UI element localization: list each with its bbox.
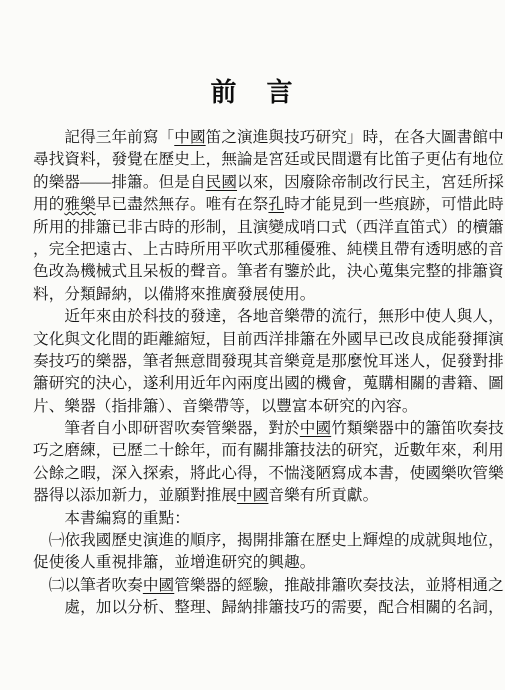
text-line: 巧之磨練，已歷二十餘年，而有關排簫技法的研究，近數年來，利用 (33, 440, 479, 462)
text-segment: 奏技巧的樂器，筆者無意間發現其音樂竟是那麼悅耳迷人，促發對排 (33, 353, 504, 370)
text-segment: 時才能見到一些痕跡，可惜此時 (284, 196, 504, 213)
proper-noun-underline: 中國 (174, 129, 205, 146)
text-segment: 音樂有所貢獻。 (268, 487, 378, 504)
text-segment: ，完全把遠古、上古時所用平吹式那種優雅、純樸且帶有透明感的音 (33, 241, 504, 258)
text-line: 色改為機械式且呆板的聲音。筆者有鑒於此，決心蒐集完整的排簫資 (33, 261, 479, 283)
text-line: ，完全把遠古、上古時所用平吹式那種優雅、純樸且帶有透明感的音 (33, 239, 479, 261)
proper-noun-underline: 中國 (300, 420, 331, 437)
text-segment: 的樂器——排簫。但是自 (33, 174, 206, 191)
text-line: 筆者自小即研習吹奏管樂器，對於中國竹類樂器中的簫笛吹奏技 (33, 418, 479, 440)
text-segment: 料，分類歸納，以備將來推廣發展使用。 (33, 286, 316, 303)
text-line: 片、樂器（指排簫）、音樂帶等，以豐富本研究的內容。 (33, 396, 479, 418)
text-segment: 巧之磨練，已歷二十餘年，而有關排簫技法的研究，近數年來，利用 (33, 442, 504, 459)
text-line: ㈠依我國歷史演進的順序，揭開排簫在歷史上輝煌的成就與地位， (33, 530, 479, 552)
text-segment: 以來，因廢除帝制改行民主，宮廷所採 (237, 174, 504, 191)
text-line: 本書編寫的重點： (33, 508, 479, 530)
text-line: 簫研究的決心，遂利用近年內兩度出國的機會，蒐購相關的書籍、圖 (33, 373, 479, 395)
text-segment: ㈡以筆者吹奏 (33, 577, 143, 594)
text-segment: 近年來由於科技的發達，各地音樂帶的流行，無形中使人與人， (33, 308, 504, 325)
text-line: 記得三年前寫「中國笛之演進與技巧研究」時，在各大圖書館中 (33, 127, 479, 149)
text-line: 用的雅樂早已盡然無存。唯有在祭孔時才能見到一些痕跡，可惜此時 (33, 194, 479, 216)
text-segment: 處，加以分析、整理、歸納排簫技巧的需要，配合相關的名詞， (33, 599, 504, 616)
text-line: 奏技巧的樂器，筆者無意間發現其音樂竟是那麼悅耳迷人，促發對排 (33, 351, 479, 373)
text-line: 器得以添加新力，並願對推展中國音樂有所貢獻。 (33, 485, 479, 507)
proper-noun-underline: 中國 (143, 577, 174, 594)
proper-noun-underline: 中國 (237, 487, 268, 504)
text-line: 促使後人重視排簫，並增進研究的興趣。 (33, 552, 479, 574)
text-line: 近年來由於科技的發達，各地音樂帶的流行，無形中使人與人， (33, 306, 479, 328)
text-segment: 促使後人重視排簫，並增進研究的興趣。 (33, 554, 316, 571)
text-segment: 用的 (33, 196, 64, 213)
page-title: 前 言 (0, 72, 505, 109)
text-segment: 器得以添加新力，並願對推展 (33, 487, 237, 504)
text-segment: 笛之演進與技巧研究」時，在各大圖書館中 (206, 129, 504, 146)
text-segment: 所用的排簫已非古時的形制，且演變成哨口式（西洋直笛式）的櫝簫 (33, 219, 504, 236)
text-line: 處，加以分析、整理、歸納排簫技巧的需要，配合相關的名詞， (33, 597, 479, 619)
text-line: 料，分類歸納，以備將來推廣發展使用。 (33, 284, 479, 306)
text-line: ㈡以筆者吹奏中國管樂器的經驗，推敲排簫吹奏技法，並將相通之 (33, 575, 479, 597)
text-line: 公餘之暇，深入探索，將此心得，不惴淺陋寫成本書，使國樂吹管樂 (33, 463, 479, 485)
text-segment: 管樂器的經驗，推敲排簫吹奏技法，並將相通之 (174, 577, 504, 594)
text-segment: 簫研究的決心，遂利用近年內兩度出國的機會，蒐購相關的書籍、圖 (33, 375, 504, 392)
text-line: 的樂器——排簫。但是自民國以來，因廢除帝制改行民主，宮廷所採 (33, 172, 479, 194)
text-segment: ㈠依我國歷史演進的順序，揭開排簫在歷史上輝煌的成就與地位， (33, 532, 504, 549)
text-line: 文化與文化間的距離縮短，目前西洋排簫在外國早已改良成能發揮演 (33, 329, 479, 351)
text-segment: 本書編寫的重點： (33, 510, 190, 527)
text-segment: 片、樂器（指排簫）、音樂帶等，以豐富本研究的內容。 (33, 398, 418, 415)
text-segment: 竹類樂器中的簫笛吹奏技 (331, 420, 504, 437)
proper-noun-underline: 孔 (268, 196, 284, 213)
text-line: 所用的排簫已非古時的形制，且演變成哨口式（西洋直笛式）的櫝簫 (33, 217, 479, 239)
text-line: 尋找資料，發覺在歷史上，無論是宮廷或民間還有比笛子更佔有地位 (33, 149, 479, 171)
text-segment: 尋找資料，發覺在歷史上，無論是宮廷或民間還有比笛子更佔有地位 (33, 151, 504, 168)
book-page: 前 言 記得三年前寫「中國笛之演進與技巧研究」時，在各大圖書館中尋找資料，發覺在… (0, 0, 505, 690)
body-text: 記得三年前寫「中國笛之演進與技巧研究」時，在各大圖書館中尋找資料，發覺在歷史上，… (33, 127, 479, 620)
proper-noun-underline: 民國 (206, 174, 237, 191)
text-segment: 文化與文化間的距離縮短，目前西洋排簫在外國早已改良成能發揮演 (33, 331, 504, 348)
text-segment: 早已盡然無存。唯有在祭 (96, 196, 269, 213)
text-segment: 記得三年前寫「 (33, 129, 174, 146)
text-segment: 公餘之暇，深入探索，將此心得，不惴淺陋寫成本書，使國樂吹管樂 (33, 465, 504, 482)
text-segment: 筆者自小即研習吹奏管樂器，對於 (33, 420, 300, 437)
text-segment: 色改為機械式且呆板的聲音。筆者有鑒於此，決心蒐集完整的排簫資 (33, 263, 504, 280)
title-mark-wavy-underline: 雅樂 (64, 196, 95, 213)
